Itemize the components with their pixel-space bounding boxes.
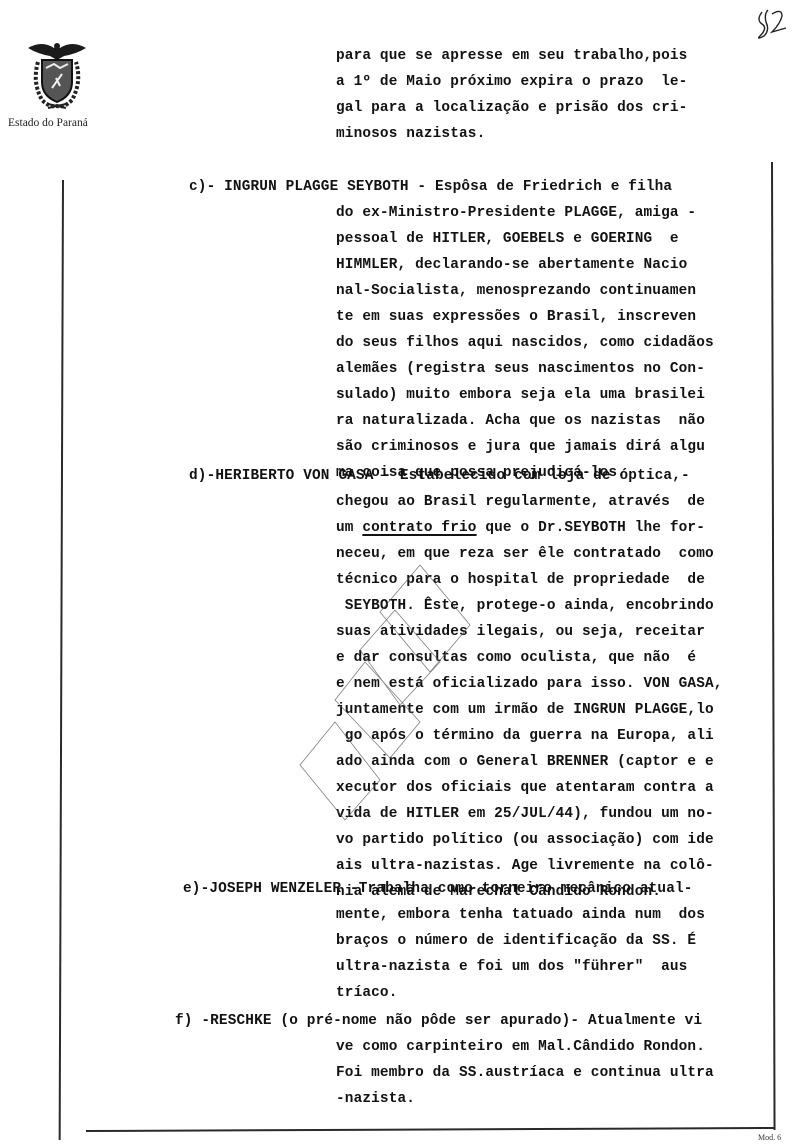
item-line: técnico para o hospital de propriedade d…	[336, 573, 705, 587]
item-line: e nem está oficializado para isso. VON G…	[336, 677, 723, 691]
item-line: neceu, em que reza ser êle contratado co…	[336, 547, 714, 561]
intro-line: a 1º de Maio próximo expira o prazo le-	[336, 75, 687, 89]
handwritten-folio-number	[752, 6, 792, 42]
item-first-line: INGRUN PLAGGE SEYBOTH - Espôsa de Friedr…	[215, 179, 672, 195]
item-line: Foi membro da SS.austríaca e continua ul…	[336, 1066, 714, 1080]
item-line: juntamente com um irmão de INGRUN PLAGGE…	[336, 703, 714, 717]
item-line: ra naturalizada. Acha que os nazistas nã…	[336, 414, 705, 428]
item-line: pessoal de HITLER, GOEBELS e GOERING e	[336, 232, 679, 246]
item-line: -nazista.	[336, 1092, 415, 1106]
item-line: chegou ao Brasil regularmente, através d…	[336, 495, 705, 509]
underlined-phrase: contrato frio	[362, 520, 476, 536]
page-frame-left-rule	[59, 180, 64, 1140]
item-c-heading: c)- INGRUN PLAGGE SEYBOTH - Espôsa de Fr…	[189, 180, 672, 194]
item-line: sulado) muito embora seja ela uma brasil…	[336, 388, 705, 402]
item-line: vo partido político (ou associação) com …	[336, 833, 714, 847]
item-f-heading: f) -RESCHKE (o pré-nome não pôde ser apu…	[175, 1014, 702, 1028]
item-line: tríaco.	[336, 986, 398, 1000]
item-line: ais ultra-nazistas. Age livremente na co…	[336, 859, 714, 873]
item-line: go após o término da guerra na Europa, a…	[336, 729, 714, 743]
item-line: e dar consultas como oculista, que não é	[336, 651, 696, 665]
item-line: ve como carpinteiro em Mal.Cândido Rondo…	[336, 1040, 705, 1054]
item-line: suas atividades ilegais, ou seja, receit…	[336, 625, 705, 639]
intro-line: gal para a localização e prisão dos cri-	[336, 101, 687, 115]
item-first-line: -RESCHKE (o pré-nome não pôde ser apurad…	[193, 1013, 703, 1029]
item-line: SEYBOTH. Êste, protege-o ainda, encobrin…	[336, 599, 714, 613]
item-line: ado ainda com o General BRENNER (captor …	[336, 755, 714, 769]
item-marker: d)-	[189, 468, 215, 484]
item-first-line: HERIBERTO VON GASA - Estabelecido com lo…	[215, 468, 689, 484]
item-line: ultra-nazista e foi um dos "führer" aus	[336, 960, 687, 974]
intro-line: para que se apresse em seu trabalho,pois	[336, 49, 687, 63]
item-line: te em suas expressões o Brasil, inscreve…	[336, 310, 696, 324]
item-line: do seus filhos aqui nascidos, como cidad…	[336, 336, 714, 350]
item-line: alemães (registra seus nascimentos no Co…	[336, 362, 705, 376]
form-code: Mod. 6	[758, 1133, 781, 1142]
item-first-line: JOSEPH WENZELER -Trabalha como torneiro …	[209, 881, 692, 897]
item-marker: c)-	[189, 179, 215, 195]
item-line: são criminosos e jura que jamais dirá al…	[336, 440, 705, 454]
item-line: nal-Socialista, menosprezando continuame…	[336, 284, 696, 298]
item-line: braços o número de identificação da SS. …	[336, 934, 696, 948]
intro-line: minosos nazistas.	[336, 127, 485, 141]
item-line: HIMMLER, declarando-se abertamente Nacio	[336, 258, 687, 272]
page-frame-right-rule	[771, 162, 776, 1130]
item-line: do ex-Ministro-Presidente PLAGGE, amiga …	[336, 206, 696, 220]
item-line: xecutor dos oficiais que atentaram contr…	[336, 781, 714, 795]
item-marker: e)-	[183, 881, 209, 897]
item-line: um contrato frio que o Dr.SEYBOTH lhe fo…	[336, 521, 705, 535]
coat-of-arms-icon	[26, 38, 88, 112]
item-marker: f)	[175, 1013, 193, 1029]
state-name: Estado do Paraná	[8, 117, 88, 129]
item-line: mente, embora tenha tatuado ainda num do…	[336, 908, 705, 922]
page-frame-bottom-rule	[86, 1127, 774, 1132]
item-d-heading: d)-HERIBERTO VON GASA - Estabelecido com…	[189, 469, 690, 483]
item-line: vida de HITLER em 25/JUL/44), fundou um …	[336, 807, 714, 821]
item-e-heading: e)-JOSEPH WENZELER -Trabalha como tornei…	[183, 882, 693, 896]
